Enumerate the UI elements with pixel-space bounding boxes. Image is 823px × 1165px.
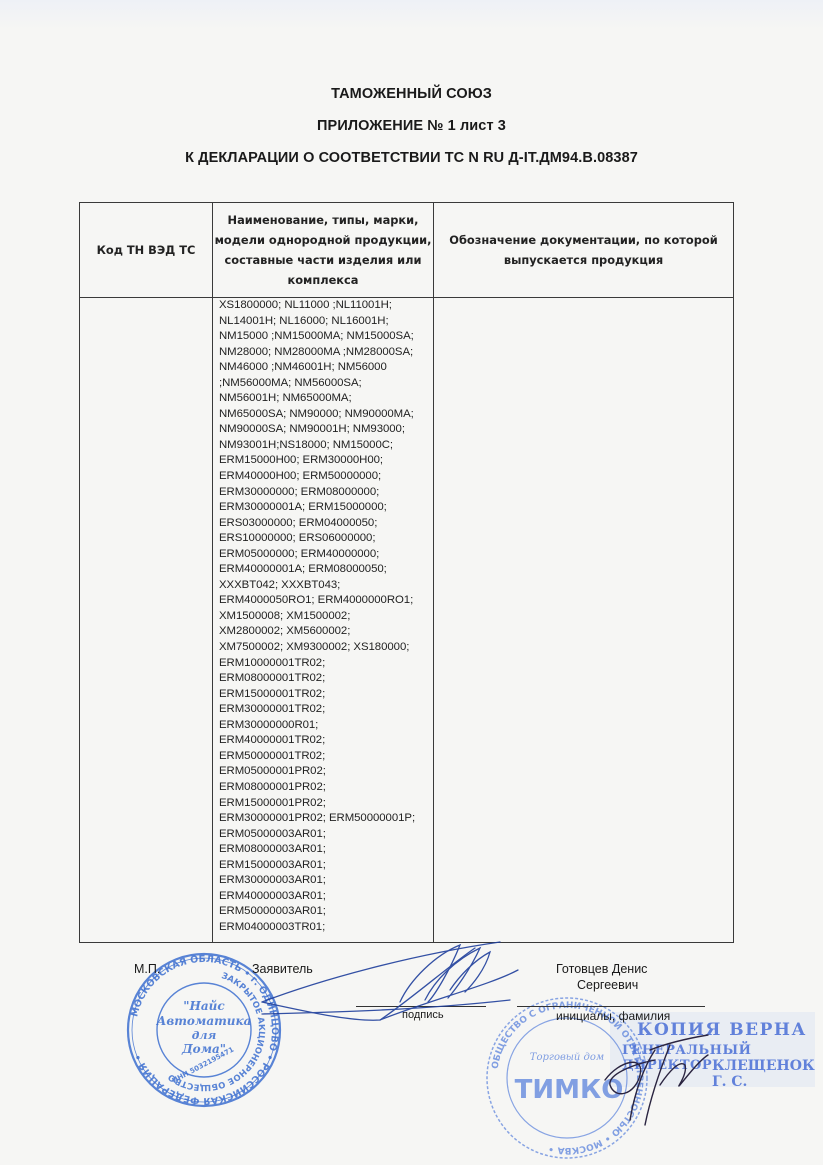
document-title-appendix: ПРИЛОЖЕНИЕ № 1 лист 3 (0, 118, 823, 134)
model-list-line: ERM08000003AR01; (219, 842, 433, 858)
declaration-table: Код ТН ВЭД ТС Наименование, типы, марки,… (79, 202, 734, 943)
model-list-line: ERM05000001PR02; (219, 764, 433, 780)
name-line (517, 1006, 705, 1007)
model-list-line: ERM30000001A; ERM15000000; (219, 500, 433, 516)
model-list-line: XM1500008; XM1500002; (219, 609, 433, 625)
model-list-line: NM65000SA; NM90000; NM90000MA; (219, 407, 433, 423)
table-row: XS1800000; NL11000 ;NL11001H;NL14001H; N… (80, 298, 734, 943)
model-list-line: ERM05000003AR01; (219, 827, 433, 843)
model-list-line: ERS10000000; ERS06000000; (219, 531, 433, 547)
model-list-line: ERM30000000; ERM08000000; (219, 485, 433, 501)
copy-stamp-director-name: КЛЕЩЕНОК Г. С. (712, 1058, 823, 1090)
model-list-line: ERM30000001PR02; ERM50000001P; (219, 811, 433, 827)
model-list-line: NM15000 ;NM15000MA; NM15000SA; (219, 329, 433, 345)
svg-text:Автоматика: Автоматика (156, 1014, 252, 1028)
model-list-line: ERM4000050RO1; ERM4000000RO1; (219, 593, 433, 609)
model-list-line: XXXBT042; XXXBT043; (219, 578, 433, 594)
model-list-line: ERM08000001PR02; (219, 780, 433, 796)
model-list-line: ERM04000003TR01; (219, 920, 433, 936)
applicant-signature-icon (260, 940, 520, 1040)
model-list-line: ;NM56000MA; NM56000SA; (219, 376, 433, 392)
model-list-line: ERM15000003AR01; (219, 858, 433, 874)
model-list-line: ERM40000H00; ERM50000000; (219, 469, 433, 485)
column-header-code: Код ТН ВЭД ТС (80, 203, 213, 298)
model-list-line: ERM30000003AR01; (219, 873, 433, 889)
director-signature-icon (600, 1030, 710, 1130)
code-cell (80, 298, 213, 943)
model-list-line: ERM15000001TR02; (219, 687, 433, 703)
signer-name-line1: Готовцев Денис (556, 962, 647, 976)
model-list-line: ERM30000001TR02; (219, 702, 433, 718)
signer-name-line2: Сергеевич (577, 978, 638, 992)
model-list-line: ERS03000000; ERM04000050; (219, 516, 433, 532)
document-title-declaration: К ДЕКЛАРАЦИИ О СООТВЕТСТВИИ ТС N RU Д-IT… (0, 150, 823, 166)
model-list-line: ERM15000001PR02; (219, 796, 433, 812)
model-list-line: ERM50000001TR02; (219, 749, 433, 765)
model-list-line: ERM40000003AR01; (219, 889, 433, 905)
model-list-line: ERM08000001TR02; (219, 671, 433, 687)
name-caption: инициалы, фамилия (556, 1009, 670, 1023)
model-list-line: ERM05000000; ERM40000000; (219, 547, 433, 563)
model-list-line: NM56001H; NM65000MA; (219, 391, 433, 407)
model-list-line: XM7500002; XM9300002; XS180000; (219, 640, 433, 656)
model-list-line: NM46000 ;NM46001H; NM56000 (219, 360, 433, 376)
model-list-line: ERM10000001TR02; (219, 656, 433, 672)
models-cell: XS1800000; NL11000 ;NL11001H;NL14001H; N… (213, 298, 434, 943)
model-list-line: ERM50000003AR01; (219, 904, 433, 920)
model-list-line: XS1800000; NL11000 ;NL11001H; (219, 298, 433, 314)
svg-text:Торговый дом: Торговый дом (530, 1052, 604, 1063)
model-list-line: NL14001H; NL16000; NL16001H; (219, 314, 433, 330)
model-list-line: ERM40000001A; ERM08000050; (219, 562, 433, 578)
model-list-line: ERM15000H00; ERM30000H00; (219, 453, 433, 469)
model-list-line: ERM40000001TR02; (219, 733, 433, 749)
model-list-line: NM93001H;NS18000; NM15000C; (219, 438, 433, 454)
documentation-cell (434, 298, 734, 943)
seal-label: М.П. (134, 962, 160, 976)
model-list-line: ERM30000000R01; (219, 718, 433, 734)
column-header-models: Наименование, типы, марки, модели одноро… (213, 203, 434, 298)
column-header-docs: Обозначение документации, по которой вып… (434, 203, 734, 298)
svg-text:для: для (192, 1029, 217, 1042)
svg-text:"Найс: "Найс (183, 999, 225, 1013)
table-header-row: Код ТН ВЭД ТС Наименование, типы, марки,… (80, 203, 734, 298)
document-title-union: ТАМОЖЕННЫЙ СОЮЗ (0, 86, 823, 102)
model-list-line: NM28000; NM28000MA ;NM28000SA; (219, 345, 433, 361)
model-list-line: XM2800002; XM5600002; (219, 624, 433, 640)
model-list-line: NM90000SA; NM90001H; NM93000; (219, 422, 433, 438)
